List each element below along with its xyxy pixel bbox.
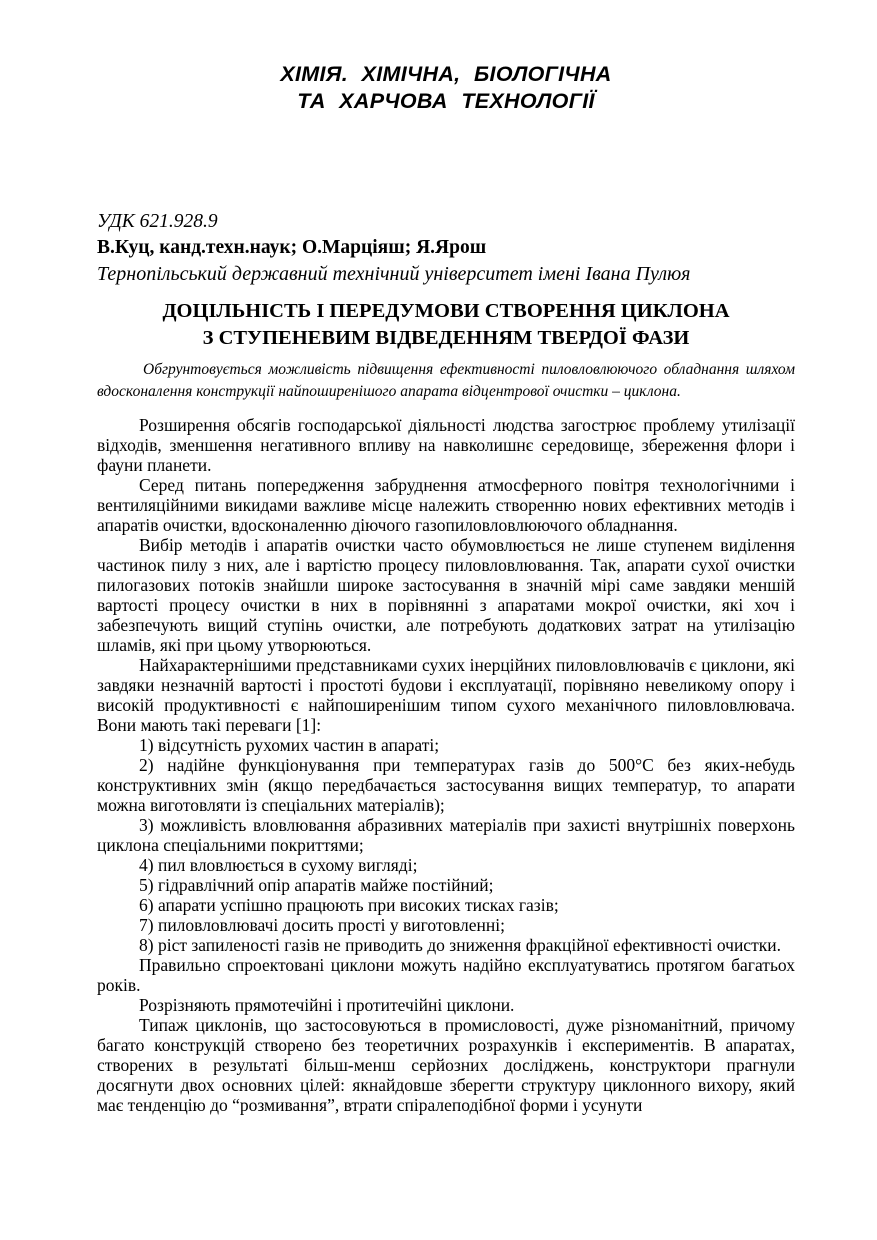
advantage-item-4: 4) пил вловлюється в сухому вигляді; xyxy=(97,855,795,875)
paragraph-reliability: Правильно спроектовані циклони можуть на… xyxy=(97,955,795,995)
article-title-line1: ДОЦІЛЬНІСТЬ І ПЕРЕДУМОВИ СТВОРЕННЯ ЦИКЛО… xyxy=(162,300,729,322)
journal-section-header-line2: ТА ХАРЧОВА ТЕХНОЛОГІЇ xyxy=(97,88,795,115)
article-title: ДОЦІЛЬНІСТЬ І ПЕРЕДУМОВИ СТВОРЕННЯ ЦИКЛО… xyxy=(97,298,795,352)
paragraph-intro-3: Вибір методів і апаратів очистки часто о… xyxy=(97,535,795,655)
paragraph-cyclone-types: Розрізняють прямотечійні і протитечійні … xyxy=(97,995,795,1015)
article-meta: УДК 621.928.9 В.Куц, канд.техн.наук; О.М… xyxy=(97,209,795,287)
advantage-item-8: 8) ріст запиленості газів не приводить д… xyxy=(97,935,795,955)
advantage-item-6: 6) апарати успішно працюють при високих … xyxy=(97,895,795,915)
article-body: Розширення обсягів господарської діяльно… xyxy=(97,415,795,1115)
journal-section-header-line1: ХІМІЯ. ХІМІЧНА, БІОЛОГІЧНА xyxy=(97,61,795,88)
article-title-line2: З СТУПЕНЕВИМ ВІДВЕДЕННЯМ ТВЕРДОЇ ФАЗИ xyxy=(203,327,690,349)
article-abstract: Обгрунтовується можливість підвищення еф… xyxy=(97,359,795,402)
paragraph-intro-2: Серед питань попередження забруднення ат… xyxy=(97,475,795,535)
paragraph-design-goals: Типаж циклонів, що застосовуються в пром… xyxy=(97,1015,795,1115)
advantage-item-7: 7) пиловловлювачі досить прості у вигото… xyxy=(97,915,795,935)
udc-code: УДК 621.928.9 xyxy=(97,209,795,235)
advantage-item-5: 5) гідравлічний опір апаратів майже пост… xyxy=(97,875,795,895)
document-page: ХІМІЯ. ХІМІЧНА, БІОЛОГІЧНА ТА ХАРЧОВА ТЕ… xyxy=(0,0,877,1240)
paragraph-intro-1: Розширення обсягів господарської діяльно… xyxy=(97,415,795,475)
authors-line: В.Куц, канд.техн.наук; О.Марціяш; Я.Ярош xyxy=(97,235,795,261)
paragraph-cyclone-advantages-lead: Найхарактернішими представниками сухих і… xyxy=(97,655,795,735)
journal-section-header: ХІМІЯ. ХІМІЧНА, БІОЛОГІЧНА ТА ХАРЧОВА ТЕ… xyxy=(97,61,795,115)
advantage-item-1: 1) відсутність рухомих частин в апараті; xyxy=(97,735,795,755)
page-content: ХІМІЯ. ХІМІЧНА, БІОЛОГІЧНА ТА ХАРЧОВА ТЕ… xyxy=(97,0,795,1115)
affiliation-line: Тернопільський державний технічний уніве… xyxy=(97,261,795,287)
advantage-item-2: 2) надійне функціонування при температур… xyxy=(97,755,795,815)
advantage-item-3: 3) можливість вловлювання абразивних мат… xyxy=(97,815,795,855)
